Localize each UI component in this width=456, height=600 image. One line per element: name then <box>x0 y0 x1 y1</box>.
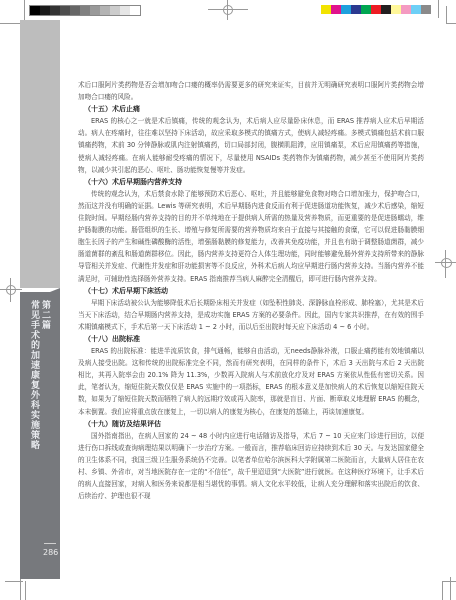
section-paragraph: ERAS 的核心之一就是术后镇痛，传统的观念认为，术后病人应尽量卧床休息，而 E… <box>78 115 424 175</box>
intro-paragraph: 术后口服阿片类药物是否会增加吻合口瘘的概率仍需要更多的研究来证实，目前并无明确研… <box>78 79 424 103</box>
crop-mark-bottom-right <box>430 575 456 600</box>
grayscale-calibration-bar <box>29 5 141 16</box>
page-number: 286 <box>43 548 58 557</box>
section-paragraph: ERAS 的出院标准：能进半流质饮食，排气通畅，能够自由活动，无needs静脉补… <box>78 345 424 418</box>
section-heading: （十八）出院标准 <box>78 333 424 345</box>
color-swatch <box>361 5 371 14</box>
gray-swatch <box>110 6 120 15</box>
gray-swatch <box>90 6 100 15</box>
gray-swatch <box>70 6 80 15</box>
color-swatch <box>411 5 421 14</box>
page-body: 术后口服阿片类药物是否会增加吻合口瘘的概率仍需要更多的研究来证实，目前并无明确研… <box>78 79 424 502</box>
registration-mark-right <box>435 250 456 280</box>
color-swatch <box>341 5 351 14</box>
part-label: 第二篇 <box>39 300 50 440</box>
section-paragraph: 国外指南指出，在病人回家的 24 ~ 48 小时内应进行电话随访及指导，术后 7… <box>78 430 424 503</box>
section-paragraph: 早期下床活动被公认为能够降低术后长期卧床相关并发症（如坠积性肺炎、深静脉血栓形成… <box>78 297 424 333</box>
chapter-tab-light <box>20 20 60 288</box>
gray-swatch <box>120 6 130 15</box>
gray-swatch <box>40 6 50 15</box>
color-swatch <box>401 5 411 14</box>
section-heading: （十七）术后早期下床活动 <box>78 285 424 297</box>
section-heading: （十六）术后早期肠内营养支持 <box>78 176 424 188</box>
chapter-tab-label: 第二篇 常见手术的加速康复外科实施策略 <box>30 300 50 450</box>
gray-swatch <box>80 6 90 15</box>
gray-swatch <box>50 6 60 15</box>
color-calibration-bar <box>321 5 431 14</box>
color-swatch <box>381 5 391 14</box>
gray-swatch <box>100 6 110 15</box>
crop-mark-top-right <box>430 0 456 30</box>
page-number-rule <box>44 543 56 544</box>
registration-mark-top <box>208 0 248 20</box>
gray-swatch <box>30 6 40 15</box>
color-swatch <box>371 5 381 14</box>
section-paragraph: 传统的观念认为，术后禁食水除了能够预防术后恶心、呕吐，并且能够避免食物对吻合口增… <box>78 188 424 285</box>
color-swatch <box>331 5 341 14</box>
color-swatch <box>351 5 361 14</box>
part-title: 常见手术的加速康复外科实施策略 <box>29 300 39 450</box>
gray-swatch <box>60 6 70 15</box>
color-swatch <box>391 5 401 14</box>
section-heading: （十九）随访及结果评估 <box>78 418 424 430</box>
color-swatch <box>321 5 331 14</box>
gray-swatch <box>130 6 140 15</box>
section-heading: （十五）术后止痛 <box>78 103 424 115</box>
